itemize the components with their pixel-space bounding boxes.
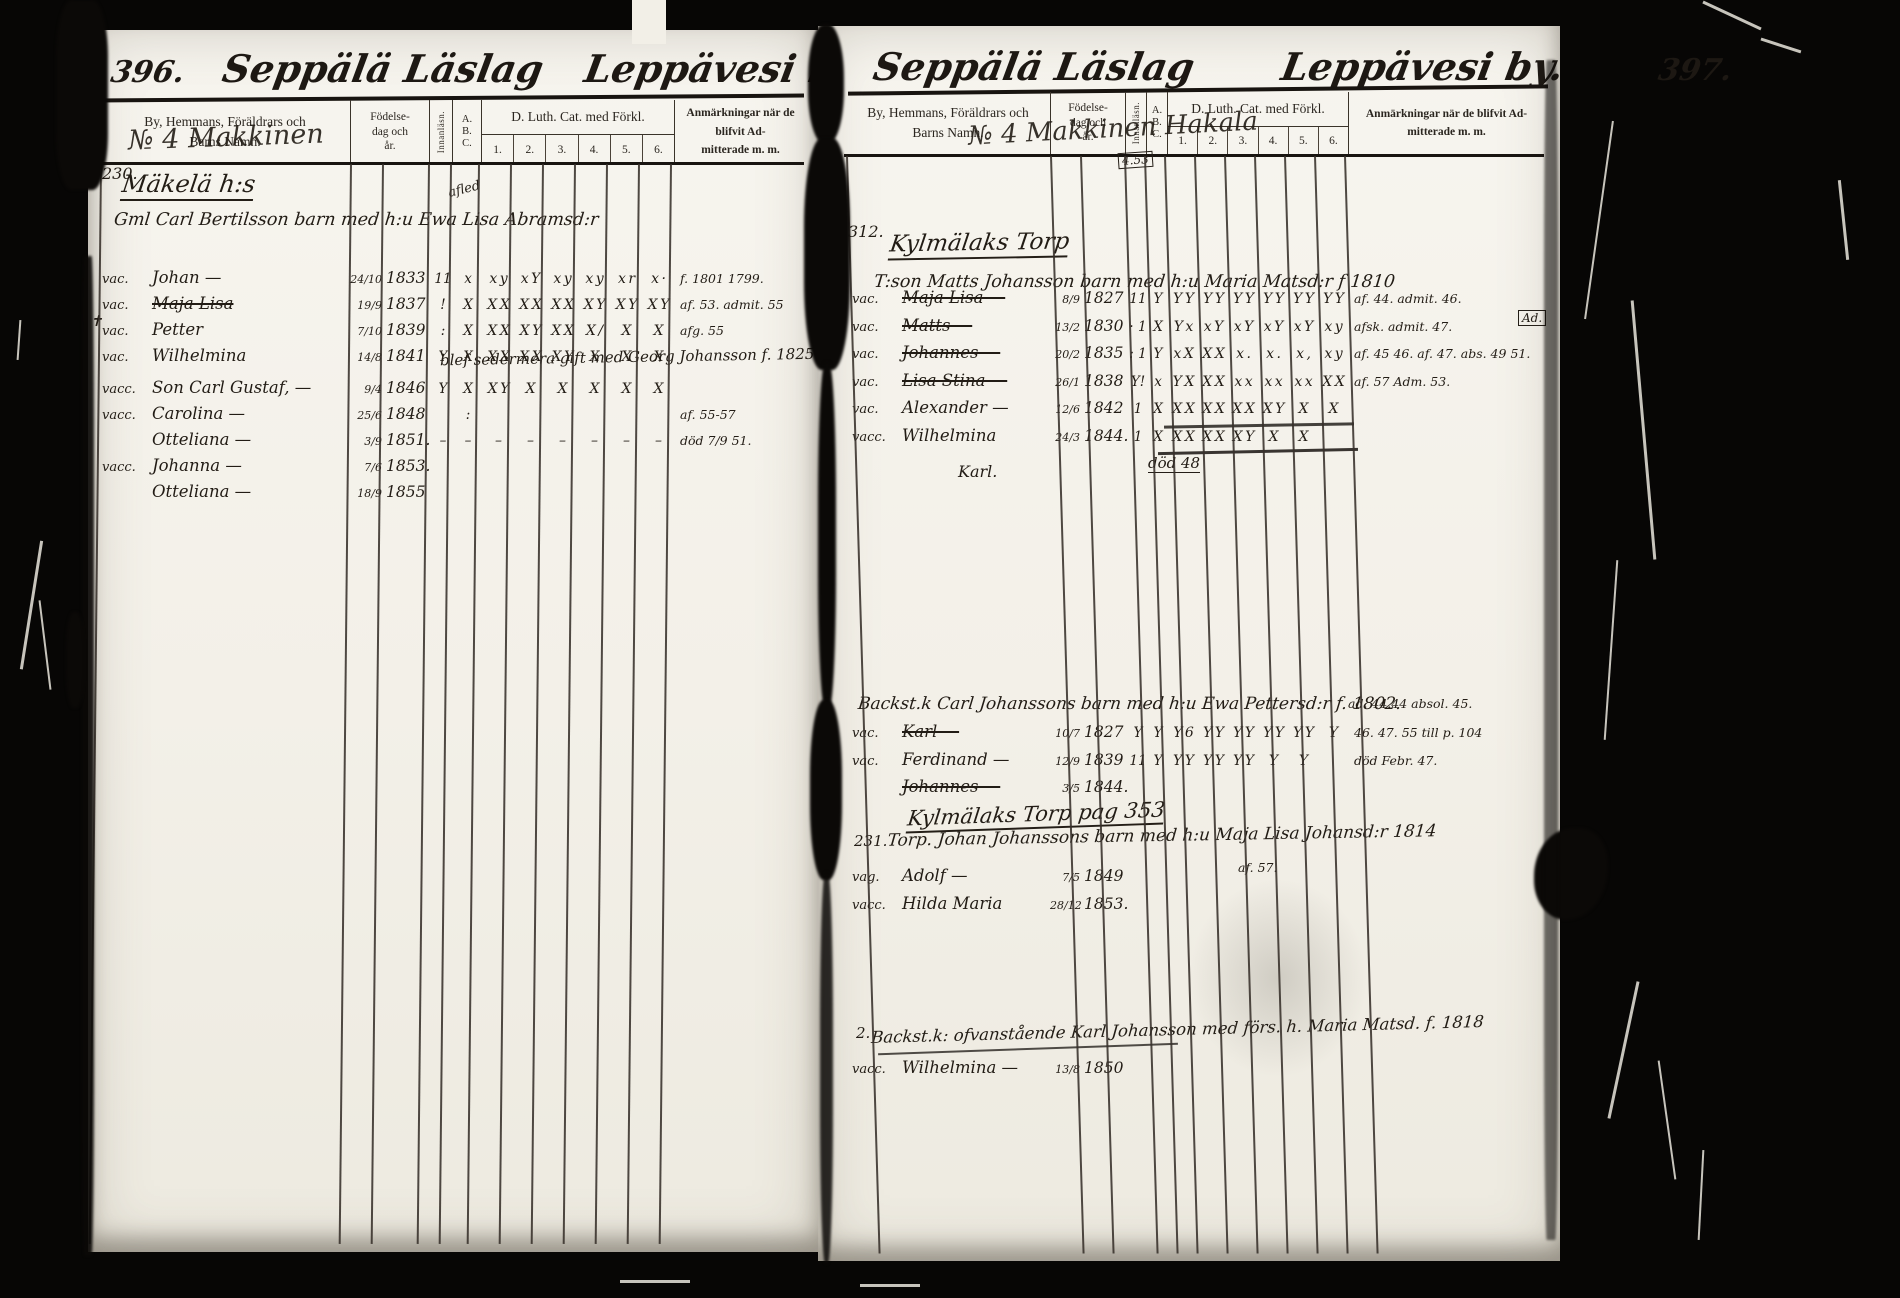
header-cat-columns: 1. 2. 3. 4. 5. 6.	[482, 135, 674, 164]
title-laslag: Seppälä Läslag	[219, 46, 547, 91]
row-birthday: 12/6	[1050, 403, 1080, 416]
row-name: Wilhelmina	[152, 346, 350, 365]
scratch-topright-2	[1761, 38, 1802, 53]
row-cat-mark-1: Y 6	[1168, 725, 1198, 741]
row-birthday: 28/12	[1050, 899, 1080, 912]
row-birthday: 20/2	[1050, 348, 1080, 361]
record-row: vac. Karl — 10/7 1827 Y Y Y 6 Y Y Y Y Y …	[852, 722, 1552, 750]
row-cat-mark-4: Y Y	[1258, 291, 1288, 307]
row-cat-mark-5: x ,	[1288, 346, 1318, 362]
row-prefix: vac.	[102, 324, 152, 339]
row-birthyear: 1853.	[1080, 895, 1128, 913]
row-cat-mark-4: x Y	[1258, 319, 1288, 335]
right-page-edge-shadow	[1544, 60, 1558, 1240]
scanned-ledger-spread: { "table_header": { "names": "By, Hemman…	[0, 0, 1900, 1298]
row-name: Petter	[152, 320, 350, 339]
row-remark: död Febr. 47.	[1348, 753, 1552, 768]
row-birthday: 13/8	[1050, 1063, 1080, 1076]
row-remark: afg. 55	[674, 323, 804, 338]
row-birthday: 26/1	[1050, 376, 1080, 389]
ledger-page-left: 396. Seppälä Läslag Leppävesi by. By, He…	[88, 30, 818, 1252]
scratch-right-6	[1698, 1150, 1705, 1240]
row-abc-mark: –	[454, 433, 482, 449]
row-birthday: 24/3	[1050, 431, 1080, 444]
row-prefix: vac.	[852, 402, 902, 417]
row-cat-mark-6: Y	[1318, 725, 1348, 741]
scratch-left-3	[17, 320, 22, 360]
record-row: Johannes — 3/5 1844.	[852, 777, 1552, 805]
row-abc-mark: Y	[1148, 291, 1168, 307]
row-cat-mark-3: –	[546, 433, 578, 449]
row-birthday: 25/6	[350, 409, 382, 422]
row-name: Johan —	[152, 268, 350, 287]
note-ad-boxed: Ad.	[1518, 310, 1546, 326]
family1-heading-kylmalaks: Kylmälaks Torp	[888, 228, 1071, 260]
record-row: vag. Adolf — 7/5 1849	[852, 866, 1552, 894]
row-name: Adolf —	[902, 866, 1050, 885]
row-cat-mark-5: –	[610, 433, 642, 449]
row-name: Karl —	[902, 722, 1050, 741]
gutter-shadow-mid	[818, 362, 836, 710]
row-prefix: vac.	[852, 292, 902, 307]
row-cat-mark-5: Y Y	[1288, 725, 1318, 741]
scratch-right-1	[1584, 121, 1614, 319]
row-name: Wilhelmina —	[902, 1058, 1050, 1077]
row-name: Carolina —	[152, 404, 350, 423]
header-abc: A. B. C.	[453, 100, 482, 164]
row-prefix: vac.	[852, 347, 902, 362]
gutter-shadow-dark	[804, 138, 850, 370]
row-cat-mark-3: Y Y	[1228, 725, 1258, 741]
title-laslag: Seppälä Läslag	[870, 44, 1198, 89]
row-prefix: vacc.	[102, 408, 152, 423]
row-cat-mark-4: –	[578, 433, 610, 449]
note-name-karl: Karl.	[958, 462, 997, 481]
row-prefix: vac.	[852, 375, 902, 390]
row-birthyear: 1837	[382, 295, 432, 313]
scratch-right-4	[1607, 981, 1639, 1119]
family2-remark: ad. 44.44 absol. 45.	[1348, 696, 1472, 711]
row-cat-mark-4: Y Y	[1258, 725, 1288, 741]
row-cat-mark-2: X X	[1198, 346, 1228, 362]
record-row: vacc. Wilhelmina — 13/8 1850	[852, 1058, 1552, 1086]
left-edge-blotch-mid	[66, 612, 84, 708]
title-by: Leppävesi by.	[1278, 44, 1567, 89]
row-innanlasn-mark: –	[432, 433, 454, 449]
row-innanlasn-mark: Y	[1128, 725, 1148, 741]
row-abc-mark: :	[454, 407, 482, 423]
left-edge-strip	[82, 256, 94, 1256]
row-name: Son Carl Gustaf, —	[152, 378, 350, 397]
row-remark: 46. 47. 55 till p. 104	[1348, 725, 1552, 740]
record-row: vacc. Son Carl Gustaf, — 9/4 1846 Y X X …	[102, 378, 804, 404]
row-innanlasn-mark: 11	[1128, 291, 1148, 307]
header-remarks: Anmärkningar när de blifvit Ad- mitterad…	[675, 100, 806, 164]
row-birthyear: 1839	[1080, 751, 1128, 769]
row-abc-mark: X	[1148, 429, 1168, 445]
row-birthyear: 1827	[1080, 289, 1128, 307]
header-birth: Födelse- dag och år.	[351, 100, 430, 164]
row-cat-mark-4: x .	[1258, 346, 1288, 362]
row-abc-mark: Y	[1148, 753, 1168, 769]
row-abc-mark: X	[1148, 319, 1168, 335]
script-small-note: 4.53	[1117, 151, 1153, 169]
row-name: Matts —	[902, 316, 1050, 335]
row-cat-mark-5: x x	[1288, 374, 1318, 390]
row-cat-mark-2: x Y	[1198, 319, 1228, 335]
row-cat-mark-1: x X	[1168, 346, 1198, 362]
ledger-page-right: Seppälä Läslag Leppävesi by. 397. By, He…	[818, 26, 1560, 1261]
row-cat-mark-2: –	[514, 433, 546, 449]
row-name: Maja Lisa	[152, 294, 350, 313]
row-cat-mark-5: x Y	[1288, 319, 1318, 335]
row-cat-mark-1: Y x	[1168, 319, 1198, 335]
row-birthday: 9/4	[350, 383, 382, 396]
row-name: Ferdinand —	[902, 750, 1050, 769]
row-cat-mark-3: x Y	[1228, 319, 1258, 335]
page-title-right: Seppälä Läslag Leppävesi by. 397.	[870, 44, 1737, 89]
scratch-left-2	[39, 600, 52, 690]
paper-tab-top	[632, 0, 666, 44]
children-rows-left-2: vacc. Son Carl Gustaf, — 9/4 1846 Y X X …	[102, 378, 804, 508]
scratch-topright-1	[1702, 1, 1761, 31]
header-remarks: Anmärkningar när de blifvit Ad- mitterad…	[1349, 92, 1544, 154]
row-birthyear: 1849	[1080, 867, 1128, 885]
record-row: vacc. Hilda Maria 28/12 1853.	[852, 894, 1552, 922]
row-birthday: 14/8	[350, 351, 382, 364]
row-innanlasn-mark: Y	[432, 381, 454, 397]
scratch-bottom-2	[860, 1284, 920, 1287]
family2-parents-line: Backst.k Carl Johanssons barn med h:u Ew…	[857, 694, 1402, 714]
row-abc-mark: Y	[1148, 725, 1168, 741]
row-birthyear: 1841	[382, 347, 432, 365]
row-name: Otteliana —	[152, 430, 350, 449]
row-birthday: 19/9	[350, 299, 382, 312]
row-cat-mark-2: Y Y	[1198, 725, 1228, 741]
row-birthyear: 1830	[1080, 317, 1128, 335]
row-name: Maja Lisa —	[902, 288, 1050, 307]
row-birthday: 7/5	[1050, 871, 1080, 884]
record-row: Otteliana — 18/9 1855	[102, 482, 804, 508]
row-birthday: 3/5	[1050, 782, 1080, 795]
row-prefix: vac.	[102, 298, 152, 313]
scratch-right-5	[1658, 1060, 1677, 1179]
row-innanlasn-mark: 1	[1128, 429, 1148, 445]
family-heading-makela: Mäkelä h:s	[120, 170, 257, 201]
row-cat-mark-6: –	[642, 433, 674, 449]
afled-note: afled	[447, 178, 482, 200]
record-row: Otteliana — 3/9 1851. – – – – – – – – dö…	[102, 430, 804, 456]
row-birthday: 7/6	[350, 461, 382, 474]
children-rows-right-2: vac. Karl — 10/7 1827 Y Y Y 6 Y Y Y Y Y …	[852, 722, 1552, 805]
parents-line-left: Gml Carl Bertilsson barn med h:u Ewa Lis…	[113, 210, 600, 230]
scratch-right-3	[1604, 560, 1619, 740]
record-row: vac. Ferdinand — 12/9 1839 11 Y Y Y Y Y …	[852, 750, 1552, 778]
row-prefix: vacc.	[102, 460, 152, 475]
row-birthyear: 1833	[382, 269, 432, 287]
row-name: Otteliana —	[152, 482, 350, 501]
row-name: Lisa Stina —	[902, 371, 1050, 390]
scratch-farright-1	[1838, 180, 1849, 260]
row-prefix: vacc.	[852, 1062, 902, 1077]
row-cat-mark-3: x .	[1228, 346, 1258, 362]
page-number-left: 396.	[108, 55, 187, 90]
row-name: Hilda Maria	[902, 894, 1050, 913]
row-cat-mark-6: x y	[1318, 319, 1348, 335]
row-birthday: 18/9	[350, 487, 382, 500]
row-prefix: vac.	[102, 350, 152, 365]
row-remark: f. 1801 1799.	[674, 271, 804, 286]
row-cat-mark-1: –	[482, 433, 514, 449]
record-row: vac. Johannes — 20/2 1835 : 1 Y x X X X …	[852, 343, 1552, 371]
gutter-shadow-lower	[810, 700, 842, 880]
row-prefix: vac.	[852, 726, 902, 741]
record-row: vac. Petter 7/10 1839 : X X X X Y X X X …	[102, 320, 804, 346]
row-innanlasn-mark: 11	[432, 271, 454, 287]
row-remark: af. 57 Adm. 53.	[1348, 374, 1552, 389]
row-innanlasn-mark: :	[432, 323, 454, 339]
row-remark: af. 44. admit. 46.	[1348, 291, 1552, 306]
row-birthday: 12/9	[1050, 755, 1080, 768]
row-cat-mark-1: Y X	[1168, 374, 1198, 390]
page-title-left: 396. Seppälä Läslag Leppävesi by.	[108, 46, 871, 91]
row-cat-mark-4: x x	[1258, 374, 1288, 390]
row-cat-mark-6: x y	[1318, 346, 1348, 362]
row-birthyear: 1844.	[1080, 778, 1128, 796]
row-cat-mark-2: Y Y	[1198, 291, 1228, 307]
row-name: Johannes —	[902, 343, 1050, 362]
header-catechism: D. Luth. Cat. med Förkl. 1. 2. 3. 4. 5. …	[482, 100, 675, 164]
record-row: vac. Maja Lisa — 8/9 1827 11 Y Y Y Y Y Y…	[852, 288, 1552, 316]
row-birthday: 7/10	[350, 325, 382, 338]
row-abc-mark: X	[454, 381, 482, 397]
record-row: vac. Johan — 24/10 1833 11 x x y x Y x y…	[102, 268, 804, 294]
family4-line: Backst.k: ofvanstående Karl Johansson me…	[871, 1012, 1485, 1047]
row-name: Alexander —	[902, 398, 1050, 417]
row-name: Wilhelmina	[902, 426, 1050, 445]
gutter-shadow-bottom	[820, 872, 833, 1264]
row-prefix: vag.	[852, 870, 902, 885]
children-rows-right-3: vag. Adolf — 7/5 1849 vacc. Hilda Maria …	[852, 866, 1552, 921]
record-row: vac. Matts — 13/2 1830 · 1 X Y x x Y x Y…	[852, 316, 1552, 344]
row-prefix: vacc.	[852, 430, 902, 445]
page-number-right: 397.	[1656, 53, 1735, 88]
row-cat-mark-3: Y Y	[1228, 291, 1258, 307]
row-prefix: vac.	[102, 272, 152, 287]
row-birthday: 24/10	[350, 273, 382, 286]
gutter-shadow-top	[808, 24, 844, 144]
row-remark: af. 45 46. af. 47. abs. 49 51.	[1348, 346, 1552, 361]
row-remark: af. 55-57	[674, 407, 804, 422]
row-remark: af. 53. admit. 55	[674, 297, 804, 312]
row-cat-mark-3: x x	[1228, 374, 1258, 390]
row-cat-mark-6: Y Y	[1318, 291, 1348, 307]
row-name: Johannes —	[902, 777, 1050, 796]
margin-number-312: 312.	[848, 222, 884, 241]
row-prefix: vacc.	[852, 898, 902, 913]
row-cat-mark-5: Y Y	[1288, 291, 1318, 307]
row-innanlasn-mark: !	[432, 297, 454, 313]
row-prefix: vac.	[852, 754, 902, 769]
row-cat-mark-6: X X	[1318, 374, 1348, 390]
header-innanlasn: Innanläsn.	[430, 100, 453, 164]
record-row: vacc. Johanna — 7/6 1853.	[102, 456, 804, 482]
row-remark: död 7/9 51.	[674, 433, 804, 448]
margin-number-231: 231.	[854, 832, 887, 850]
record-row: vacc. Carolina — 25/6 1848 : af. 55-57	[102, 404, 804, 430]
row-innanlasn-mark: 11	[1128, 753, 1148, 769]
row-prefix: vacc.	[102, 382, 152, 397]
row-cat-mark-1: Y Y	[1168, 291, 1198, 307]
left-edge-blotch-top	[56, 0, 108, 190]
children-rows-right-4: vacc. Wilhelmina — 13/8 1850	[852, 1058, 1552, 1086]
row-birthyear: 1839	[382, 321, 432, 339]
row-birthyear: 1850	[1080, 1059, 1128, 1077]
family4-margin-number: 2.	[856, 1024, 870, 1042]
row-birthday: 3/9	[350, 435, 382, 448]
row-birthyear: 1846	[382, 379, 432, 397]
scratch-right-2	[1631, 300, 1656, 559]
row-innanlasn-mark: · 1	[1128, 319, 1148, 335]
record-row: vac. Maja Lisa 19/9 1837 ! X X X X X X X…	[102, 294, 804, 320]
row-birthday: 10/7	[1050, 727, 1080, 740]
row-name: Johanna —	[152, 456, 350, 475]
scratch-bottom-1	[620, 1280, 690, 1283]
row-cat-mark-2: X X	[1198, 374, 1228, 390]
row-birthyear: 1827	[1080, 723, 1128, 741]
row-prefix: vac.	[852, 320, 902, 335]
